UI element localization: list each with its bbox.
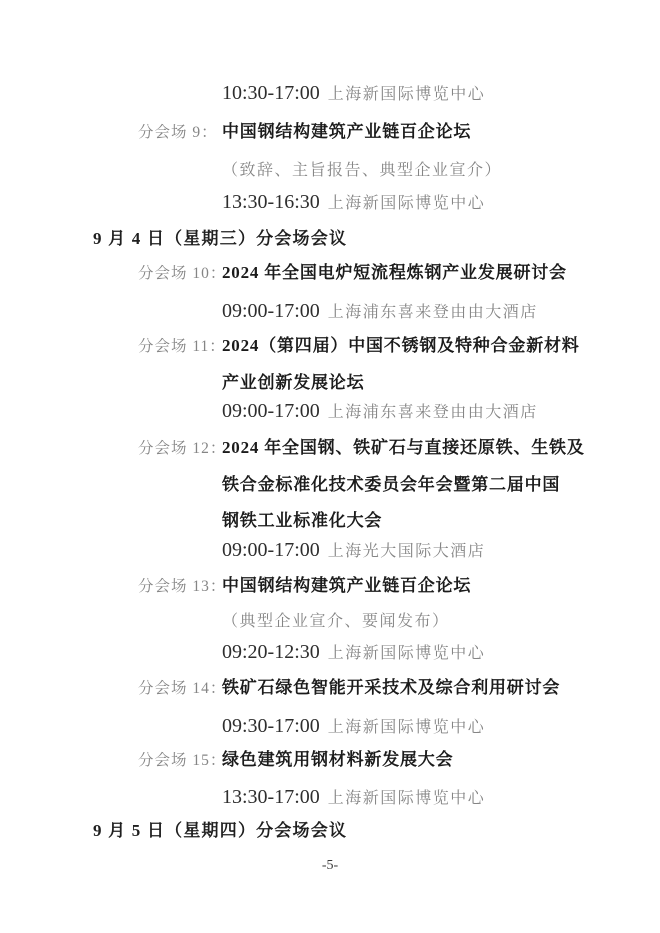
schedule-time-line: 13:30-16:30上海新国际博览中心: [222, 191, 485, 214]
session-venue: 上海浦东喜来登由由大酒店: [328, 404, 538, 421]
session-venue: 上海新国际博览中心: [328, 86, 486, 103]
schedule-time-line: 13:30-17:00上海新国际博览中心: [222, 786, 485, 809]
session-note: （典型企业宣介、要闻发布）: [222, 613, 450, 631]
session-venue: 上海新国际博览中心: [328, 790, 486, 807]
session-line-15: 分会场 15：绿色建筑用钢材料新发展大会: [138, 750, 453, 770]
session-line-14: 分会场 14：铁矿石绿色智能开采技术及综合利用研讨会: [138, 678, 560, 698]
session-time: 09:30-17:00: [222, 715, 320, 737]
schedule-time-line: 10:30-17:00上海新国际博览中心: [222, 82, 485, 105]
session-title: 铁矿石绿色智能开采技术及综合利用研讨会: [222, 678, 560, 697]
session-label: 分会场 13：: [138, 578, 222, 596]
session-line-9: 分会场 9：中国钢结构建筑产业链百企论坛: [138, 122, 471, 142]
session-line-13: 分会场 13：中国钢结构建筑产业链百企论坛: [138, 576, 471, 596]
session-label: 分会场 11：: [138, 338, 222, 356]
session-time: 10:30-17:00: [222, 82, 320, 104]
schedule-time-line: 09:00-17:00上海光大国际大酒店: [222, 539, 485, 562]
session-time: 09:20-12:30: [222, 641, 320, 663]
page-number: -5-: [0, 858, 660, 874]
session-time: 09:00-17:00: [222, 400, 320, 422]
session-line-12: 分会场 12：2024 年全国钢、铁矿石与直接还原铁、生铁及: [138, 438, 585, 458]
schedule-time-line: 09:00-17:00上海浦东喜来登由由大酒店: [222, 400, 538, 423]
session-label: 分会场 10：: [138, 265, 222, 283]
session-title: 2024（第四届）中国不锈钢及特种合金新材料: [222, 336, 580, 355]
schedule-time-line: 09:00-17:00上海浦东喜来登由由大酒店: [222, 300, 538, 323]
schedule-time-line: 09:20-12:30上海新国际博览中心: [222, 641, 485, 664]
session-note: （致辞、主旨报告、典型企业宣介）: [222, 162, 502, 180]
session-title: 中国钢结构建筑产业链百企论坛: [222, 576, 471, 595]
session-label: 分会场 9：: [138, 124, 222, 142]
session-title-continuation: 钢铁工业标准化大会: [222, 511, 382, 531]
session-title: 绿色建筑用钢材料新发展大会: [222, 750, 453, 769]
session-line-11: 分会场 11：2024（第四届）中国不锈钢及特种合金新材料: [138, 336, 580, 356]
session-venue: 上海新国际博览中心: [328, 719, 486, 736]
session-time: 09:00-17:00: [222, 300, 320, 322]
session-title: 2024 年全国电炉短流程炼钢产业发展研讨会: [222, 263, 567, 282]
session-venue: 上海光大国际大酒店: [328, 543, 486, 560]
session-title-continuation: 铁合金标准化技术委员会年会暨第二届中国: [222, 475, 560, 495]
session-title-continuation: 产业创新发展论坛: [222, 373, 364, 393]
date-heading-sep4: 9 月 4 日（星期三）分会场会议: [93, 229, 347, 249]
session-venue: 上海新国际博览中心: [328, 645, 486, 662]
schedule-time-line: 09:30-17:00上海新国际博览中心: [222, 715, 485, 738]
session-label: 分会场 14：: [138, 680, 222, 698]
session-time: 13:30-16:30: [222, 191, 320, 213]
session-venue: 上海新国际博览中心: [328, 195, 486, 212]
document-page: 10:30-17:00上海新国际博览中心 分会场 9：中国钢结构建筑产业链百企论…: [0, 0, 660, 933]
session-label: 分会场 15：: [138, 752, 222, 770]
session-time: 09:00-17:00: [222, 539, 320, 561]
session-time: 13:30-17:00: [222, 786, 320, 808]
session-line-10: 分会场 10：2024 年全国电炉短流程炼钢产业发展研讨会: [138, 263, 567, 283]
session-venue: 上海浦东喜来登由由大酒店: [328, 304, 538, 321]
session-title: 中国钢结构建筑产业链百企论坛: [222, 122, 471, 141]
date-heading-sep5: 9 月 5 日（星期四）分会场会议: [93, 821, 347, 841]
session-title: 2024 年全国钢、铁矿石与直接还原铁、生铁及: [222, 438, 585, 457]
session-label: 分会场 12：: [138, 440, 222, 458]
